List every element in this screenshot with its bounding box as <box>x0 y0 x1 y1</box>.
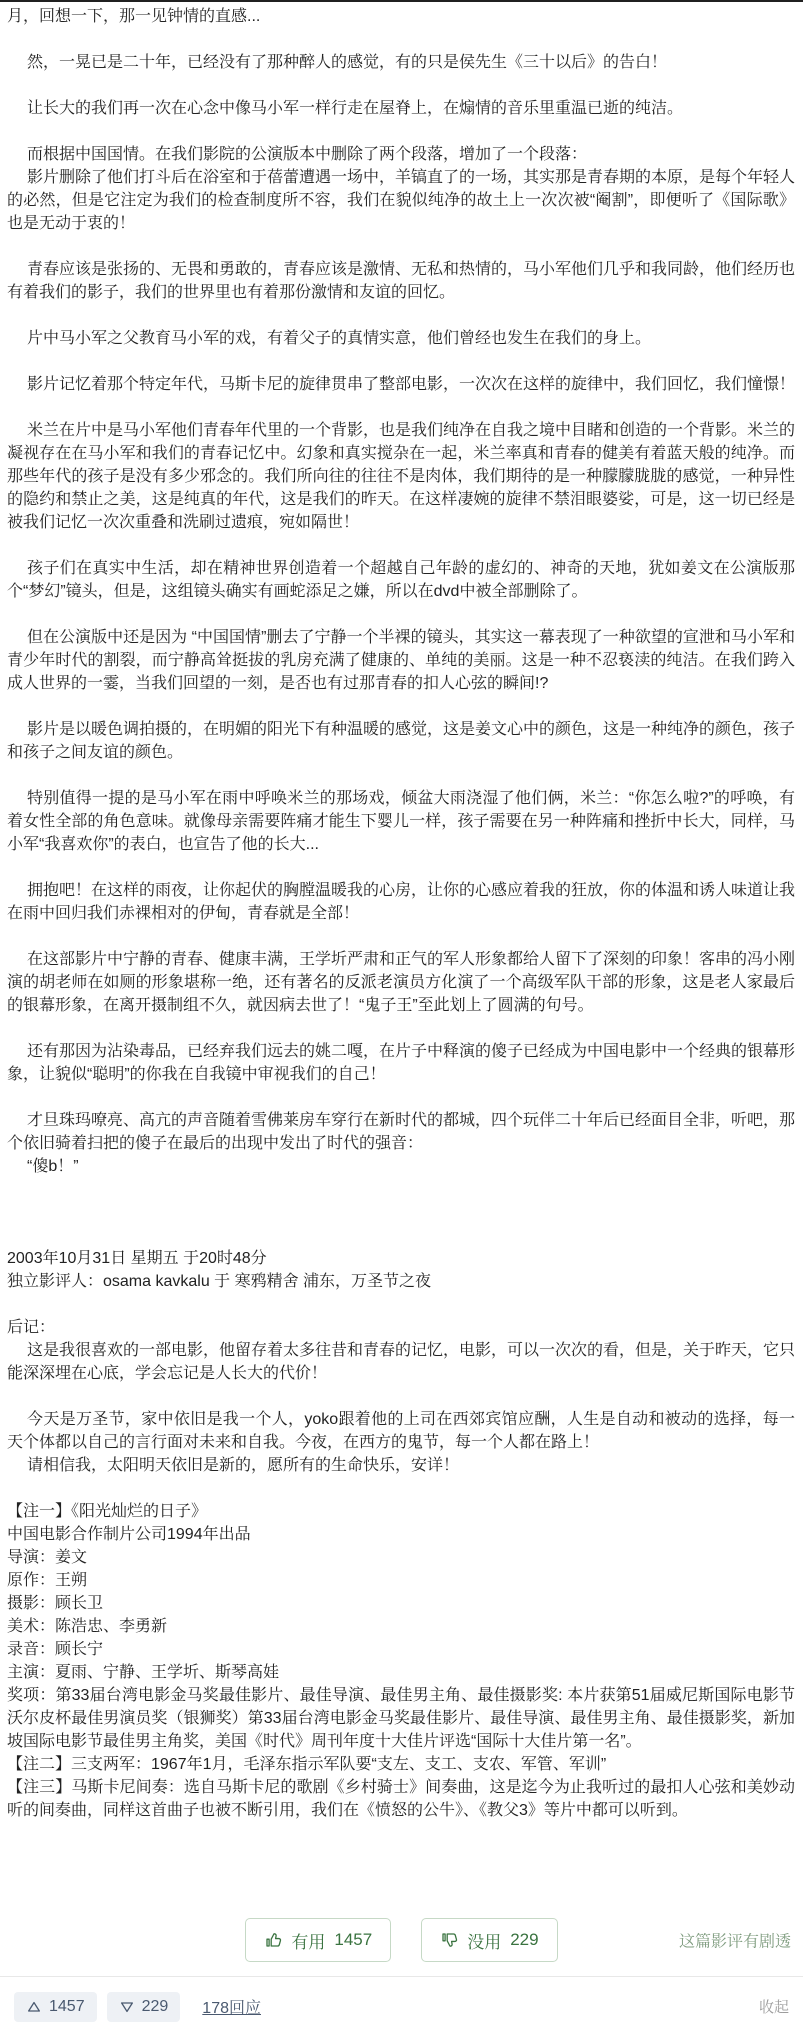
upvote-count-chip[interactable]: 1457 <box>14 1992 97 2022</box>
down-triangle-icon <box>119 1999 135 2015</box>
review-paragraph: 让长大的我们再一次在心念中像马小军一样行走在屋脊上，在煽情的音乐里重温已逝的纯洁… <box>7 97 795 120</box>
upvote-count: 1457 <box>49 1998 85 2016</box>
review-paragraph: 美术：陈浩忠、李勇新 <box>7 1615 795 1638</box>
vote-row: 有用 1457 没用 229 这篇影评有剧透 <box>0 1918 803 1962</box>
review-paragraph: 奖项：第33届台湾电影金马奖最佳影片、最佳导演、最佳男主角、最佳摄影奖: 本片获… <box>7 1684 795 1753</box>
review-paragraph: 但在公演版中还是因为 “中国国情”删去了宁静一个半裸的镜头，其实这一幕表现了一种… <box>7 626 795 695</box>
review-paragraph: 原作：王朔 <box>7 1569 795 1592</box>
review-paragraph: 录音：顾长宁 <box>7 1638 795 1661</box>
review-paragraph: 影片是以暖色调拍摄的，在明媚的阳光下有种温暖的感觉，这是姜文心中的颜色，这是一种… <box>7 718 795 764</box>
useless-button-count: 229 <box>510 1930 538 1950</box>
review-paragraph: 在这部影片中宁静的青春、健康丰满，王学圻严肃和正气的军人形象都给人留下了深刻的印… <box>7 948 795 1017</box>
review-paragraph: 导演：姜文 <box>7 1546 795 1569</box>
review-paragraph: 拥抱吧！在这样的雨夜，让你起伏的胸膛温暖我的心房，让你的心感应着我的狂放，你的体… <box>7 879 795 925</box>
collapse-link[interactable]: 收起 <box>759 1996 789 2017</box>
review-paragraph: 今天是万圣节，家中依旧是我一个人，yoko跟着他的上司在西郊宾馆应酬，人生是自动… <box>7 1408 795 1454</box>
review-paragraph: 2003年10月31日 星期五 于20时48分 <box>7 1247 795 1270</box>
review-body: 月，回想一下，那一见钟情的直感...然，一晃已是二十年，已经没有了那种醉人的感觉… <box>0 2 803 1918</box>
review-footer: 有用 1457 没用 229 这篇影评有剧透 1457 <box>0 1918 803 2036</box>
useful-button-label: 有用 <box>291 1928 325 1953</box>
thumbs-down-icon <box>440 1931 458 1949</box>
useless-button-label: 没用 <box>467 1928 501 1953</box>
review-paragraph: “傻b！” <box>7 1155 795 1178</box>
review-paragraph: 还有那因为沾染毒品，已经弃我们远去的姚二嘎，在片子中释演的傻子已经成为中国电影中… <box>7 1040 795 1086</box>
downvote-count-chip[interactable]: 229 <box>107 1992 181 2022</box>
review-paragraph: 月，回想一下，那一见钟情的直感... <box>7 5 795 28</box>
review-paragraph: 这是我很喜欢的一部电影，他留存着太多往昔和青春的记忆，电影，可以一次次的看，但是… <box>7 1339 795 1385</box>
thumbs-up-icon <box>264 1931 282 1949</box>
review-paragraph: 特别值得一提的是马小军在雨中呼唤米兰的那场戏，倾盆大雨浇湿了他们俩，米兰：“你怎… <box>7 787 795 856</box>
review-paragraph: 青春应该是张扬的、无畏和勇敢的，青春应该是激情、无私和热情的，马小军他们几乎和我… <box>7 258 795 304</box>
bottom-stats-bar: 1457 229 178回应 收起 <box>0 1976 803 2036</box>
useful-button[interactable]: 有用 1457 <box>245 1918 391 1962</box>
review-paragraph: 独立影评人：osama kavkalu 于 寒鸦精舍 浦东，万圣节之夜 <box>7 1270 795 1293</box>
review-paragraph: 【注一】《阳光灿烂的日子》 <box>7 1500 795 1523</box>
up-triangle-icon <box>26 1999 42 2015</box>
review-paragraph: 后记： <box>7 1316 795 1339</box>
review-paragraph: 孩子们在真实中生活，却在精神世界创造着一个超越自己年龄的虚幻的、神奇的天地，犹如… <box>7 557 795 603</box>
useful-button-count: 1457 <box>334 1930 372 1950</box>
review-paragraph: 摄影：顾长卫 <box>7 1592 795 1615</box>
useless-button[interactable]: 没用 229 <box>421 1918 557 1962</box>
review-paragraph: 而根据中国国情。在我们影院的公演版本中删除了两个段落，增加了一个段落： <box>7 143 795 166</box>
review-paragraph: 主演：夏雨、宁静、王学圻、斯琴高娃 <box>7 1661 795 1684</box>
replies-link[interactable]: 178回应 <box>202 1995 261 2018</box>
review-paragraph: 影片删除了他们打斗后在浴室和于蓓蕾遭遇一场中，羊镐直了的一场，其实那是青春期的本… <box>7 166 795 235</box>
review-paragraph: 米兰在片中是马小军他们青春年代里的一个背影，也是我们纯净在自我之境中目睹和创造的… <box>7 419 795 534</box>
review-paragraph: 片中马小军之父教育马小军的戏，有着父子的真情实意，他们曾经也发生在我们的身上。 <box>7 327 795 350</box>
review-paragraph: 然，一晃已是二十年，已经没有了那种醉人的感觉，有的只是侯先生《三十以后》的告白！ <box>7 51 795 74</box>
review-paragraph: 才旦珠玛嘹亮、高亢的声音随着雪佛莱房车穿行在新时代的都城，四个玩伴二十年后已经面… <box>7 1109 795 1155</box>
review-paragraph: 请相信我，太阳明天依旧是新的，愿所有的生命快乐，安详！ <box>7 1454 795 1477</box>
downvote-count: 229 <box>142 1998 169 2016</box>
review-paragraph: 中国电影合作制片公司1994年出品 <box>7 1523 795 1546</box>
review-paragraph: 【注三】马斯卡尼间奏：选自马斯卡尼的歌剧《乡村骑士》间奏曲，这是迄今为止我听过的… <box>7 1776 795 1822</box>
review-paragraph: 【注二】三支两军：1967年1月，毛泽东指示军队要“支左、支工、支农、军管、军训… <box>7 1753 795 1776</box>
review-paragraph: 影片记忆着那个特定年代，马斯卡尼的旋律贯串了整部电影，一次次在这样的旋律中，我们… <box>7 373 795 396</box>
spoiler-notice: 这篇影评有剧透 <box>679 1929 791 1952</box>
